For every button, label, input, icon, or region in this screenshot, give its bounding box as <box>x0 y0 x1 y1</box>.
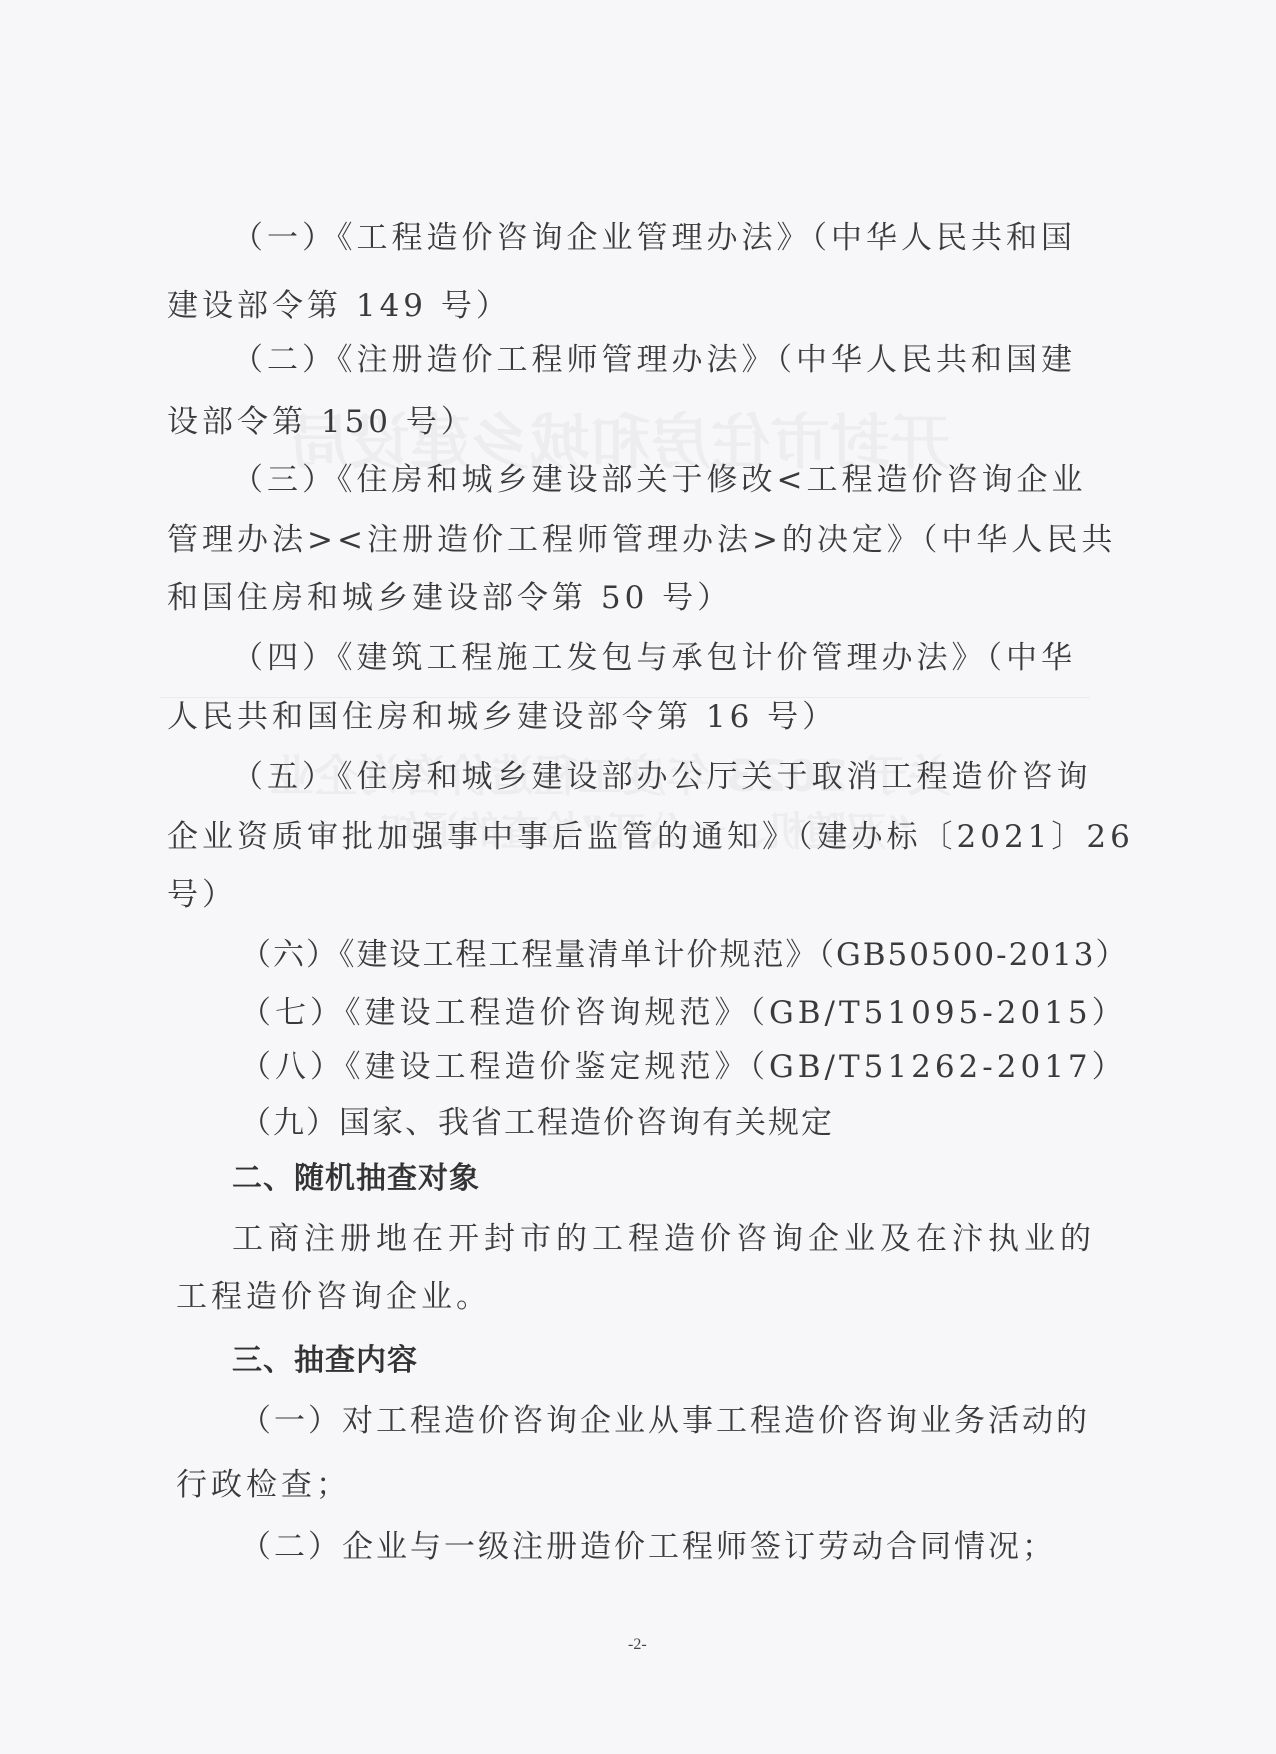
document-page: 开封市住房和城乡建设局 关于 2023 年度工程造价咨询企业 “双随机、一公开”… <box>0 0 1276 1754</box>
basis-item-3-line-3: 和国住房和城乡建设部令第 50 号） <box>167 583 732 614</box>
basis-item-3-line-1: （三）《住房和城乡建设部关于修改<工程造价咨询企业 <box>232 465 1086 496</box>
basis-item-6: （六）《建设工程工程量清单计价规范》（GB50500-2013） <box>240 940 1129 971</box>
basis-item-1-line-1: （一）《工程造价咨询企业管理办法》（中华人民共和国 <box>232 223 1076 254</box>
basis-item-4-line-2: 人民共和国住房和城乡建设部令第 16 号） <box>167 702 837 733</box>
section-3-item-2-line-1: （二）企业与一级注册造价工程师签订劳动合同情况； <box>240 1532 1056 1563</box>
basis-item-5-line-1: （五）《住房和城乡建设部办公厅关于取消工程造价咨询 <box>232 762 1092 793</box>
basis-item-7: （七）《建设工程造价咨询规范》（GB/T51095-2015） <box>240 998 1127 1029</box>
basis-item-1-line-2: 建设部令第 149 号） <box>167 291 511 322</box>
basis-item-2-line-2: 设部令第 150 号） <box>167 407 476 438</box>
section-3-heading: 三、抽查内容 <box>232 1346 418 1376</box>
basis-item-3-line-2: 管理办法><注册造价工程师管理办法>的决定》（中华人民共 <box>167 525 1116 556</box>
section-3-item-1-line-1: （一）对工程造价咨询企业从事工程造价咨询业务活动的 <box>240 1406 1090 1437</box>
section-2-line-1: 工商注册地在开封市的工程造价咨询企业及在汴执业的 <box>232 1224 1096 1255</box>
basis-item-5-line-2: 企业资质审批加强事中事后监管的通知》（建办标〔2021〕26 <box>167 822 1134 853</box>
section-2-line-2: 工程造价咨询企业。 <box>176 1282 491 1313</box>
basis-item-9: （九）国家、我省工程造价咨询有关规定 <box>240 1108 834 1139</box>
section-2-heading: 二、随机抽查对象 <box>232 1164 480 1194</box>
page-number: -2- <box>628 1636 647 1654</box>
basis-item-8: （八）《建设工程造价鉴定规范》（GB/T51262-2017） <box>240 1052 1127 1083</box>
bleed-through-rule <box>160 697 1090 698</box>
section-3-item-1-line-2: 行政检查； <box>176 1470 351 1501</box>
basis-item-2-line-1: （二）《注册造价工程师管理办法》（中华人民共和国建 <box>232 345 1076 376</box>
basis-item-5-line-3: 号） <box>167 880 237 911</box>
basis-item-4-line-1: （四）《建筑工程施工发包与承包计价管理办法》（中华 <box>232 643 1076 674</box>
